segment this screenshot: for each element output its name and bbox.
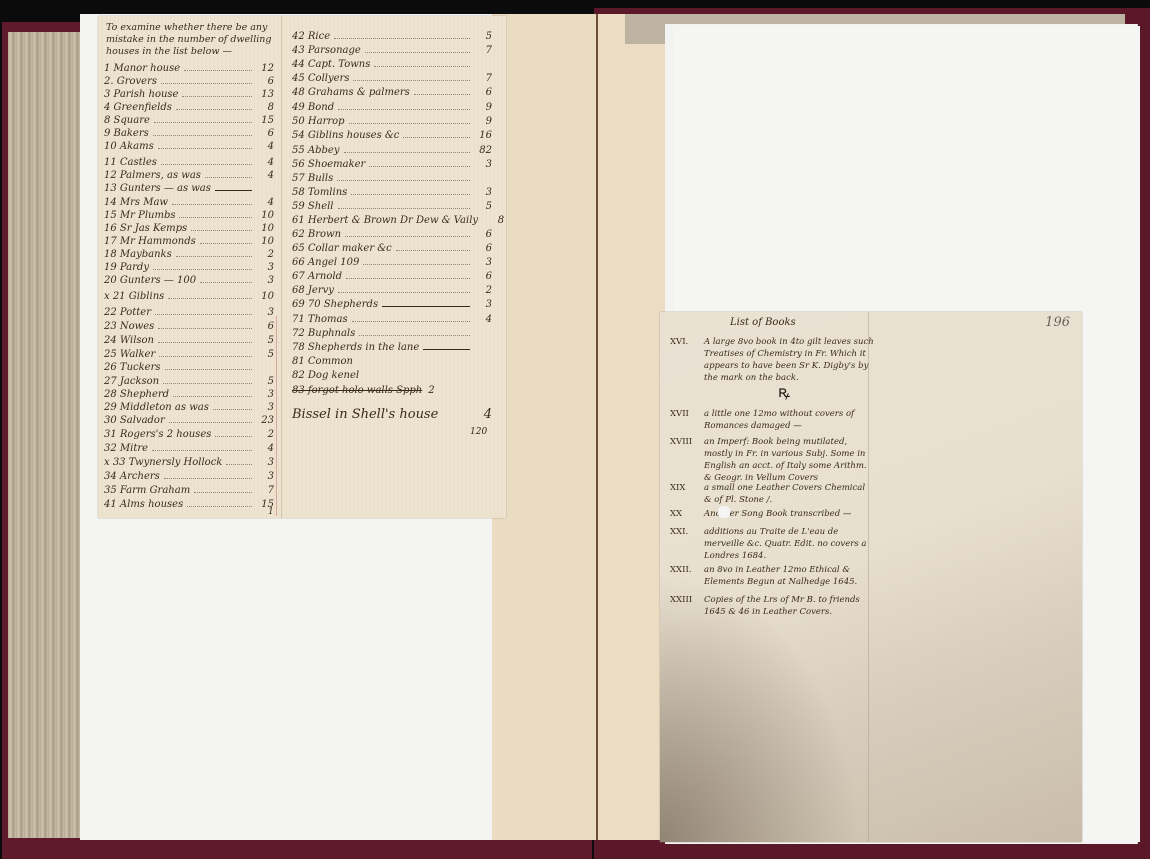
column-a-footer: 1	[268, 508, 274, 517]
list-item: 11 Castles4	[104, 158, 274, 168]
list-item: 8 Square15	[104, 116, 274, 126]
list-item: 28 Shepherd3	[104, 390, 274, 400]
list-item: 42 Rice5	[292, 32, 492, 42]
list-item: 59 Shell5	[292, 202, 492, 212]
list-total: 120	[470, 428, 487, 437]
list-item: 1 Manor house12	[104, 64, 274, 74]
list-item: 41 Alms houses15	[104, 500, 274, 510]
page-block-edges	[8, 32, 88, 838]
list-item: 9 Bakers6	[104, 129, 274, 139]
list-item: 65 Collar maker &c6	[292, 244, 492, 254]
list-item: 12 Palmers, as was4	[104, 171, 274, 181]
list-item: 67 Arnold6	[292, 272, 492, 282]
manuscript-leaf-list-of-books: 196 List of Books XVI.A large 8vo book i…	[660, 312, 1082, 842]
list-item: 25 Walker5	[104, 350, 274, 360]
list-item: 31 Rogers's 2 houses2	[104, 430, 274, 440]
list-item: 49 Bond9	[292, 103, 492, 113]
list-item: 16 Sr Jas Kemps10	[104, 224, 274, 234]
list-item: 17 Mr Hammonds10	[104, 237, 274, 247]
margin-rule	[276, 316, 277, 516]
list-item: 69 70 Shepherds3	[292, 300, 492, 310]
list-item: 3 Parish house13	[104, 90, 274, 100]
folio-number: 196	[1045, 316, 1070, 329]
list-item: 61 Herbert & Brown Dr Dew & Vaily8	[292, 216, 492, 226]
list-item: 10 Akams4	[104, 142, 274, 152]
list-item: 71 Thomas4	[292, 315, 492, 325]
list-item: 24 Wilson5	[104, 336, 274, 346]
list-item: 81 Common	[292, 357, 492, 367]
list-item: 26 Tuckers	[104, 363, 274, 373]
list-item: 54 Giblins houses &c16	[292, 131, 492, 141]
list-item: x 33 Twynersly Hollock3	[104, 458, 274, 468]
list-item: 14 Mrs Maw4	[104, 198, 274, 208]
list-heading: To examine whether there be any mistake …	[106, 22, 278, 58]
manuscript-leaf-dwelling-houses: To examine whether there be any mistake …	[98, 16, 506, 518]
list-item: 19 Pardy3	[104, 263, 274, 273]
list-item: 78 Shepherds in the lane	[292, 343, 492, 353]
list-item: 43 Parsonage7	[292, 46, 492, 56]
list-item: 56 Shoemaker3	[292, 160, 492, 170]
list-item: 13 Gunters — as was	[104, 184, 274, 194]
list-item: 82 Dog kenel	[292, 371, 492, 381]
list-item: 62 Brown6	[292, 230, 492, 240]
list-item: 4 Greenfields8	[104, 103, 274, 113]
list-title: List of Books	[730, 318, 796, 328]
list-item: 57 Bulls	[292, 174, 492, 184]
list-item: 72 Buphnals	[292, 329, 492, 339]
list-item: 27 Jackson5	[104, 377, 274, 387]
list-item: 32 Mitre4	[104, 444, 274, 454]
list-item: 68 Jervy2	[292, 286, 492, 296]
list-item: 20 Gunters — 1003	[104, 276, 274, 286]
list-item: 48 Grahams & palmers6	[292, 88, 492, 98]
list-item: 58 Tomlins3	[292, 188, 492, 198]
list-item: 2. Grovers6	[104, 77, 274, 87]
list-item: 44 Capt. Towns	[292, 60, 492, 70]
monogram-mark: ꝶ	[778, 384, 790, 400]
list-item: 50 Harrop9	[292, 117, 492, 127]
list-item: 30 Salvador23	[104, 416, 274, 426]
paper-hole	[718, 506, 730, 518]
list-item: 35 Farm Graham7	[104, 486, 274, 496]
fold-line	[281, 16, 282, 518]
binding-stub-left	[492, 14, 598, 840]
list-item: 34 Archers3	[104, 472, 274, 482]
list-item: 18 Maybanks2	[104, 250, 274, 260]
list-item: 15 Mr Plumbs10	[104, 211, 274, 221]
list-item: 66 Angel 1093	[292, 258, 492, 268]
note-bissel: Bissel in Shell's house4	[292, 408, 492, 421]
list-item: 45 Collyers7	[292, 74, 492, 84]
list-item: 23 Nowes6	[104, 322, 274, 332]
list-item: 22 Potter3	[104, 308, 274, 318]
list-item: 55 Abbey82	[292, 146, 492, 156]
struck-list-item: 83 forgot holo walls Spph2	[292, 386, 492, 396]
list-item: 29 Middleton as was3	[104, 403, 274, 413]
list-item: x 21 Giblins10	[104, 292, 274, 302]
